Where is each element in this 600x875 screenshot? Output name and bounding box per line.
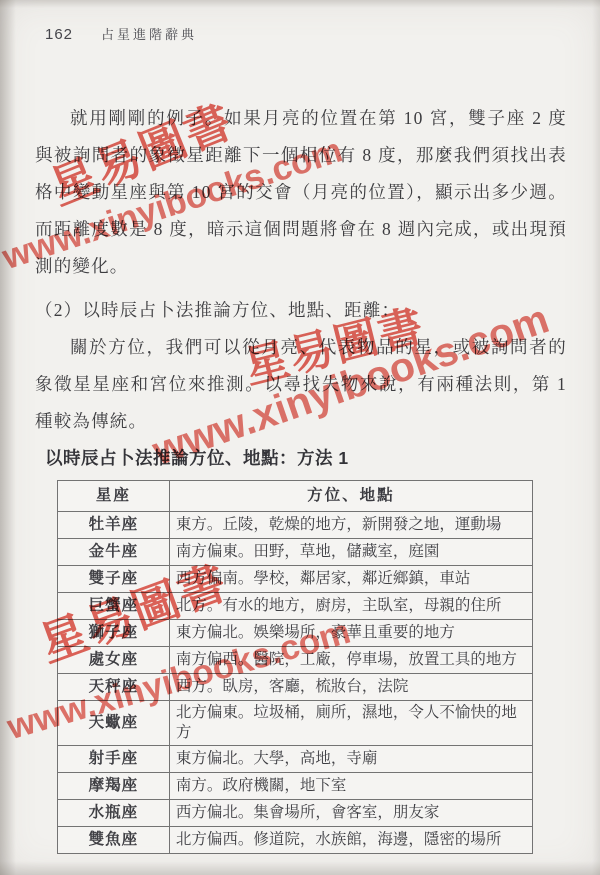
zodiac-sign: 雙子座 <box>58 566 170 593</box>
zodiac-sign: 獅子座 <box>58 620 170 647</box>
table-row: 獅子座東方偏北。娛樂場所，豪華且重要的地方 <box>58 620 533 647</box>
table-title: 以時辰占卜法推論方位、地點：方法 1 <box>45 445 349 470</box>
zodiac-sign: 金牛座 <box>58 539 170 566</box>
zodiac-sign: 處女座 <box>58 647 170 674</box>
column-header-location: 方位、地點 <box>169 481 532 512</box>
zodiac-sign: 水瓶座 <box>58 800 170 827</box>
running-header: 162占星進階辭典 <box>45 24 197 44</box>
table-row: 金牛座南方偏東。田野，草地，儲藏室，庭園 <box>58 539 533 566</box>
zodiac-sign: 摩羯座 <box>58 773 170 800</box>
table-row: 雙魚座北方偏西。修道院，水族館，海邊，隱密的場所 <box>58 827 533 854</box>
paragraph-example-text: 就用剛剛的例子。如果月亮的位置在第 10 宮，雙子座 2 度與被詢問者的象徵星距… <box>35 100 567 285</box>
location-description: 南方偏西。醫院，工廠，停車場，放置工具的地方 <box>169 647 532 674</box>
location-description: 北方偏東。垃圾桶，廁所，濕地，令人不愉快的地方 <box>169 701 532 746</box>
table-row: 摩羯座南方。政府機關，地下室 <box>58 773 533 800</box>
zodiac-sign: 天秤座 <box>58 674 170 701</box>
table-row: 巨蟹座北方。有水的地方，廚房，主臥室，母親的住所 <box>58 593 533 620</box>
location-description: 南方。政府機關，地下室 <box>169 773 532 800</box>
table-row: 天秤座西方。臥房，客廳，梳妝台，法院 <box>58 674 533 701</box>
table-row: 射手座東方偏北。大學，高地，寺廟 <box>58 746 533 773</box>
zodiac-sign: 雙魚座 <box>58 827 170 854</box>
section-2-heading: （2）以時辰占卜法推論方位、地點、距離： <box>35 292 567 329</box>
location-description: 東方。丘陵，乾燥的地方，新開發之地，運動場 <box>169 512 532 539</box>
paragraph-example: 就用剛剛的例子。如果月亮的位置在第 10 宮，雙子座 2 度與被詢問者的象徵星距… <box>35 100 567 285</box>
table-row: 水瓶座西方偏北。集會場所，會客室，朋友家 <box>58 800 533 827</box>
location-description: 西方偏南。學校，鄰居家，鄰近鄉鎮，車站 <box>169 566 532 593</box>
location-description: 南方偏東。田野，草地，儲藏室，庭園 <box>169 539 532 566</box>
page-edge-shadow-top <box>0 0 600 8</box>
column-header-sign: 星座 <box>58 481 170 512</box>
zodiac-sign: 天蠍座 <box>58 701 170 746</box>
paragraph-section-2: （2）以時辰占卜法推論方位、地點、距離： 關於方位，我們可以從月亮、代表物品的星… <box>35 292 567 440</box>
page-gutter-shadow <box>0 0 16 875</box>
zodiac-direction-table: 星座 方位、地點 牡羊座東方。丘陵，乾燥的地方，新開發之地，運動場金牛座南方偏東… <box>57 480 533 854</box>
table-row: 處女座南方偏西。醫院，工廠，停車場，放置工具的地方 <box>58 647 533 674</box>
location-description: 東方偏北。娛樂場所，豪華且重要的地方 <box>169 620 532 647</box>
table-header-row: 星座 方位、地點 <box>58 481 533 512</box>
location-description: 東方偏北。大學，高地，寺廟 <box>169 746 532 773</box>
zodiac-sign: 射手座 <box>58 746 170 773</box>
section-2-body: 關於方位，我們可以從月亮、代表物品的星，或被詢問者的象徵星星座和宮位來推測。以尋… <box>35 329 567 440</box>
zodiac-sign: 巨蟹座 <box>58 593 170 620</box>
location-description: 北方偏西。修道院，水族館，海邊，隱密的場所 <box>169 827 532 854</box>
zodiac-sign: 牡羊座 <box>58 512 170 539</box>
book-page-scan: 162占星進階辭典 就用剛剛的例子。如果月亮的位置在第 10 宮，雙子座 2 度… <box>0 0 600 875</box>
location-description: 北方。有水的地方，廚房，主臥室，母親的住所 <box>169 593 532 620</box>
table-row: 天蠍座北方偏東。垃圾桶，廁所，濕地，令人不愉快的地方 <box>58 701 533 746</box>
page-edge-shadow-right <box>592 0 600 875</box>
table-row: 牡羊座東方。丘陵，乾燥的地方，新開發之地，運動場 <box>58 512 533 539</box>
table-row: 雙子座西方偏南。學校，鄰居家，鄰近鄉鎮，車站 <box>58 566 533 593</box>
page-edge-shadow-bottom <box>0 861 600 875</box>
location-description: 西方偏北。集會場所，會客室，朋友家 <box>169 800 532 827</box>
location-description: 西方。臥房，客廳，梳妝台，法院 <box>169 674 532 701</box>
page-number: 162 <box>45 26 73 43</box>
book-title: 占星進階辭典 <box>101 27 197 42</box>
